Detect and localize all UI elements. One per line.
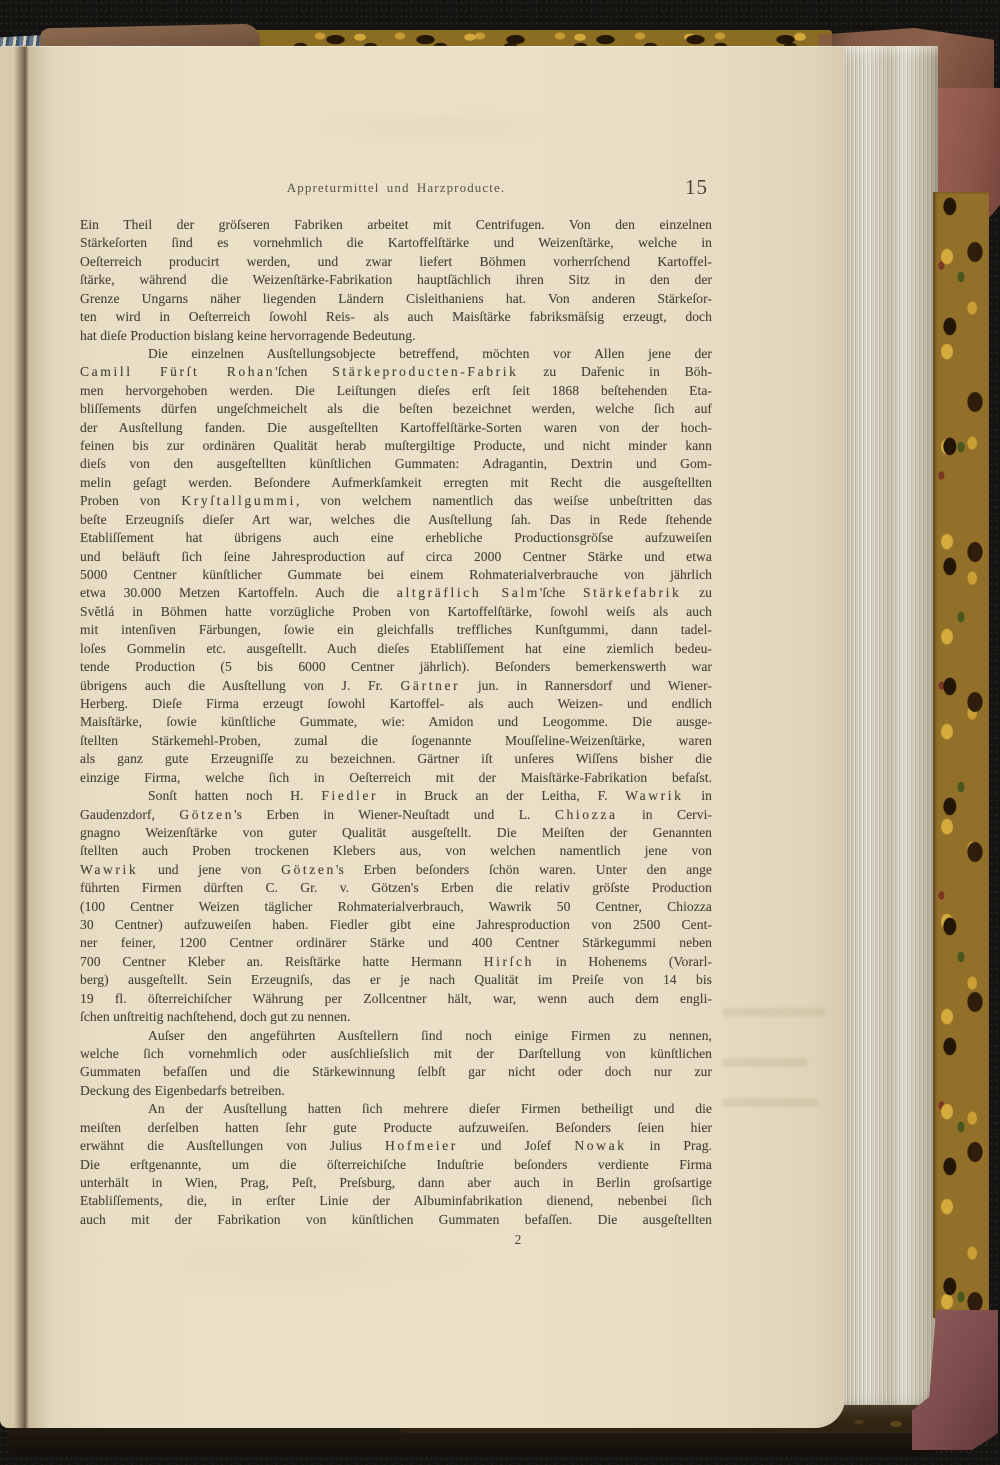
text-segment: melin geſagt werden. Beſondere Aufmerkſa…: [80, 475, 712, 490]
page-number: 15: [685, 175, 708, 200]
text-segment: als ganz gute Erzeugniſſe zu bezeichnen.…: [80, 751, 712, 766]
text-segment: hat dieſe Production bislang keine hervo…: [80, 328, 416, 343]
text-segment: tende Production (5 bis 6000 Centner jäh…: [80, 659, 712, 674]
text-segment: 's Erben beſonders ſchön waren. Unter de…: [336, 862, 712, 877]
marbled-cover-edge-right: [933, 192, 989, 1318]
text-segment: meiſten derſelben hatten ſehr gute Produ…: [80, 1120, 712, 1135]
text-line: Die erſtgenannte, um die öſterreichiſche…: [80, 1156, 712, 1174]
text-segment: ſtellten Stärkemehl-Proben, zumal die ſo…: [80, 733, 712, 748]
text-segment: 19 fl. öſterreichiſcher Währung per Zoll…: [80, 991, 712, 1006]
body-text: Ein Theil der gröſseren Fabriken arbeite…: [80, 216, 712, 1229]
text-segment: Grenze Ungarns näher liegenden Ländern C…: [80, 291, 712, 306]
text-segment: Stärkeſorten ſind es vornehmlich die Kar…: [80, 235, 712, 250]
text-segment: Maisſtärke, ſowie künſtliche Gummate, wi…: [80, 714, 712, 729]
text-segment: 's Erben in Wiener-Neuſtadt und L.: [234, 807, 555, 822]
text-line: ſtellten auch Proben trockenen Klebers a…: [80, 842, 712, 860]
letterspaced-name: Wawrik: [80, 862, 138, 877]
text-line: (100 Centner Weizen täglicher Rohmateria…: [80, 898, 712, 916]
text-segment: in Hohenems (Vorarl-: [534, 954, 712, 969]
text-segment: , von welchem namentlich das weiſse unbe…: [296, 493, 712, 508]
text-line: Světlá in Böhmen hatte vorzügliche Probe…: [80, 603, 712, 621]
text-segment: gnagno Weizenſtärke von guter Qualität a…: [80, 825, 712, 840]
text-segment: ten wird in Oeſterreich ſowohl Reis- als…: [80, 309, 712, 324]
text-line: Ein Theil der gröſseren Fabriken arbeite…: [80, 216, 712, 234]
text-segment: Deckung des Eigenbedarfs betreiben.: [80, 1083, 285, 1098]
running-title: Appreturmittel und Harzproducte.: [80, 180, 712, 196]
letterspaced-name: Götzen: [179, 807, 234, 822]
text-line: melin geſagt werden. Beſondere Aufmerkſa…: [80, 474, 712, 492]
text-line: bliſſements dürfen ungeſchmeichelt als d…: [80, 400, 712, 418]
book-page: Appreturmittel und Harzproducte. 15 Ein …: [0, 46, 845, 1428]
text-line: 19 fl. öſterreichiſcher Währung per Zoll…: [80, 990, 712, 1008]
text-line: ſtärke, während die Weizenſtärke-Fabrika…: [80, 271, 712, 289]
text-line: Die einzelnen Ausſtellungsobjecte betref…: [80, 345, 712, 363]
text-line: führten Firmen dürften C. Gr. v. Götzen'…: [80, 879, 712, 897]
text-segment: 5000 Centner künſtlicher Gummate bei ein…: [80, 567, 712, 582]
text-segment: ſchen unſtreitig nachſtehend, doch gut z…: [80, 1009, 350, 1024]
text-line: 700 Centner Kleber an. Reisſtärke hatte …: [80, 953, 712, 971]
text-segment: und jene von: [138, 862, 281, 877]
text-line: ten wird in Oeſterreich ſowohl Reis- als…: [80, 308, 712, 326]
text-segment: und beläuft ſich ſeine Jahresproduction …: [80, 549, 712, 564]
text-segment: Die erſtgenannte, um die öſterreichiſche…: [80, 1157, 712, 1172]
text-line: Herberg. Dieſe Firma erzeugt ſowohl Kart…: [80, 695, 712, 713]
text-line: der Ausſtellung fanden. Die ausgeſtellte…: [80, 419, 712, 437]
letterspaced-name: Fiedler: [321, 788, 378, 803]
text-line: Gummaten befaſſen und die Stärkewinnung …: [80, 1063, 712, 1081]
text-segment: zu: [681, 585, 712, 600]
text-line: Camill Fürſt Rohan'ſchen Stärkeproducten…: [80, 363, 712, 381]
text-line: ſchen unſtreitig nachſtehend, doch gut z…: [80, 1008, 712, 1026]
text-line: Stärkeſorten ſind es vornehmlich die Kar…: [80, 234, 712, 252]
letterspaced-name: Hirſch: [484, 954, 534, 969]
text-line: Deckung des Eigenbedarfs betreiben.: [80, 1082, 712, 1100]
letterspaced-name: Kryſtallgummi: [181, 493, 296, 508]
paper-stain: [90, 1226, 510, 1296]
text-line: als ganz gute Erzeugniſſe zu bezeichnen.…: [80, 750, 712, 768]
text-segment: Etabliſſement hat übrigens auch eine erh…: [80, 530, 712, 545]
text-segment: Proben von: [80, 493, 181, 508]
text-line: gnagno Weizenſtärke von guter Qualität a…: [80, 824, 712, 842]
text-segment: 700 Centner Kleber an. Reisſtärke hatte …: [80, 954, 484, 969]
text-line: 30 Centner) aufzuweiſen haben. Fiedler g…: [80, 916, 712, 934]
text-line: Oeſterreich producirt werden, und zwar l…: [80, 253, 712, 271]
text-segment: in Bruck an der Leitha, F.: [378, 788, 625, 803]
ink-bleed-through: [722, 1058, 808, 1067]
text-segment: Die einzelnen Ausſtellungsobjecte betref…: [148, 346, 712, 361]
letterspaced-name: Götzen: [281, 862, 336, 877]
signature-mark: 2: [498, 1232, 538, 1248]
text-segment: feinen bis zur ordinären Qualität herab …: [80, 438, 712, 453]
paper-stain: [300, 106, 560, 146]
text-line: unterhält in Wien, Prag, Peſt, Preſsburg…: [80, 1174, 712, 1192]
letterspaced-name: Wawrik: [625, 788, 683, 803]
letterspaced-name: Hofmeier: [385, 1138, 458, 1153]
text-line: Proben von Kryſtallgummi, von welchem na…: [80, 492, 712, 510]
text-line: Wawrik und jene von Götzen's Erben beſon…: [80, 861, 712, 879]
text-line: ner feiner, 1200 Centner ordinärer Stärk…: [80, 934, 712, 952]
text-segment: Světlá in Böhmen hatte vorzügliche Probe…: [80, 604, 712, 619]
text-segment: Herberg. Dieſe Firma erzeugt ſowohl Kart…: [80, 696, 712, 711]
text-segment: Gummaten befaſſen und die Stärkewinnung …: [80, 1064, 712, 1079]
text-segment: unterhält in Wien, Prag, Peſt, Preſsburg…: [80, 1175, 712, 1190]
text-line: mit intenſiven Färbungen, ſowie ein glei…: [80, 621, 712, 639]
text-segment: Sonſt hatten noch H.: [148, 788, 321, 803]
text-line: 5000 Centner künſtlicher Gummate bei ein…: [80, 566, 712, 584]
text-segment: Etabliſſements, die, in erſter Linie der…: [80, 1193, 712, 1208]
text-line: etwa 30.000 Metzen Kartoffeln. Auch die …: [80, 584, 712, 602]
text-segment: in Prag.: [627, 1138, 712, 1153]
text-segment: welche ſich vornehmlich oder ausſchlieſs…: [80, 1046, 712, 1061]
text-segment: Auſser den angeführten Ausſtellern ſind …: [148, 1028, 712, 1043]
text-segment: einzige Firma, welche ſich in Oeſterreic…: [80, 770, 712, 785]
text-segment: ner feiner, 1200 Centner ordinärer Stärk…: [80, 935, 712, 950]
text-line: tende Production (5 bis 6000 Centner jäh…: [80, 658, 712, 676]
text-line: erwähnt die Ausſtellungen von Julius Hof…: [80, 1137, 712, 1155]
text-line: Grenze Ungarns näher liegenden Ländern C…: [80, 290, 712, 308]
text-line: und beläuft ſich ſeine Jahresproduction …: [80, 548, 712, 566]
text-line: Gaudenzdorf, Götzen's Erben in Wiener-Ne…: [80, 806, 712, 824]
text-segment: ſtellten auch Proben trockenen Klebers a…: [80, 843, 712, 858]
text-segment: dieſs von den ausgeſtellten künſtlichen …: [80, 456, 712, 471]
letterspaced-name: Nowak: [574, 1138, 626, 1153]
text-line: meiſten derſelben hatten ſehr gute Produ…: [80, 1119, 712, 1137]
text-segment: 'ſche: [540, 585, 583, 600]
page-stack-fore-edge: [838, 46, 938, 1418]
text-segment: der Ausſtellung fanden. Die ausgeſtellte…: [80, 420, 712, 435]
text-line: dieſs von den ausgeſtellten künſtlichen …: [80, 455, 712, 473]
text-segment: loſes Gommelin etc. ausgeſtellt. Auch di…: [80, 641, 712, 656]
text-segment: beſte Erzeugniſs dieſer Art war, welches…: [80, 512, 712, 527]
text-segment: etwa 30.000 Metzen Kartoffeln. Auch die: [80, 585, 397, 600]
text-segment: 'ſchen: [275, 364, 332, 379]
text-line: berg) ausgeſtellt. Sein Erzeugniſs, das …: [80, 971, 712, 989]
text-segment: (100 Centner Weizen täglicher Rohmateria…: [80, 899, 712, 914]
text-line: beſte Erzeugniſs dieſer Art war, welches…: [80, 511, 712, 529]
text-segment: führten Firmen dürften C. Gr. v. Götzen'…: [80, 880, 712, 895]
text-line: hat dieſe Production bislang keine hervo…: [80, 327, 712, 345]
text-line: auch mit der Fabrikation von künſtlichen…: [80, 1211, 712, 1229]
ink-bleed-through: [722, 1098, 818, 1107]
letterspaced-name: Stärkeproducten-Fabrik: [332, 364, 518, 379]
text-line: übrigens auch die Ausſtellung von J. Fr.…: [80, 677, 712, 695]
text-segment: in Cervi-: [618, 807, 712, 822]
text-line: men hervorgehoben werden. Die Leiſtungen…: [80, 382, 712, 400]
text-line: ſtellten Stärkemehl-Proben, zumal die ſo…: [80, 732, 712, 750]
ink-bleed-through: [722, 1008, 826, 1017]
text-line: Auſser den angeführten Ausſtellern ſind …: [80, 1027, 712, 1045]
text-segment: und Joſef: [458, 1138, 574, 1153]
page-header: Appreturmittel und Harzproducte. 15: [80, 180, 712, 206]
text-segment: Oeſterreich producirt werden, und zwar l…: [80, 254, 712, 269]
text-line: welche ſich vornehmlich oder ausſchlieſs…: [80, 1045, 712, 1063]
text-segment: 30 Centner) aufzuweiſen haben. Fiedler g…: [80, 917, 712, 932]
text-segment: auch mit der Fabrikation von künſtlichen…: [80, 1212, 712, 1227]
text-line: feinen bis zur ordinären Qualität herab …: [80, 437, 712, 455]
text-line: Etabliſſement hat übrigens auch eine erh…: [80, 529, 712, 547]
text-segment: men hervorgehoben werden. Die Leiſtungen…: [80, 383, 712, 398]
letterspaced-name: Gärtner: [401, 678, 461, 693]
letterspaced-name: altgräflich Salm: [397, 585, 540, 600]
letterspaced-name: Stärkefabrik: [583, 585, 681, 600]
text-line: Maisſtärke, ſowie künſtliche Gummate, wi…: [80, 713, 712, 731]
text-segment: übrigens auch die Ausſtellung von J. Fr.: [80, 678, 401, 693]
text-segment: berg) ausgeſtellt. Sein Erzeugniſs, das …: [80, 972, 712, 987]
text-segment: bliſſements dürfen ungeſchmeichelt als d…: [80, 401, 712, 416]
text-segment: in: [684, 788, 712, 803]
letterspaced-name: Chiozza: [555, 807, 618, 822]
text-segment: Ein Theil der gröſseren Fabriken arbeite…: [80, 217, 712, 232]
text-segment: mit intenſiven Färbungen, ſowie ein glei…: [80, 622, 712, 637]
text-line: einzige Firma, welche ſich in Oeſterreic…: [80, 769, 712, 787]
text-segment: zu Dařenic in Böh-: [519, 364, 713, 379]
text-segment: jun. in Rannersdorf und Wiener-: [460, 678, 712, 693]
text-line: Sonſt hatten noch H. Fiedler in Bruck an…: [80, 787, 712, 805]
text-line: loſes Gommelin etc. ausgeſtellt. Auch di…: [80, 640, 712, 658]
text-segment: Gaudenzdorf,: [80, 807, 179, 822]
text-line: An der Ausſtellung hatten ſich mehrere d…: [80, 1100, 712, 1118]
text-segment: erwähnt die Ausſtellungen von Julius: [80, 1138, 385, 1153]
letterspaced-name: Camill Fürſt Rohan: [80, 364, 275, 379]
text-segment: ſtärke, während die Weizenſtärke-Fabrika…: [80, 272, 712, 287]
text-line: Etabliſſements, die, in erſter Linie der…: [80, 1192, 712, 1210]
text-segment: An der Ausſtellung hatten ſich mehrere d…: [148, 1101, 712, 1116]
